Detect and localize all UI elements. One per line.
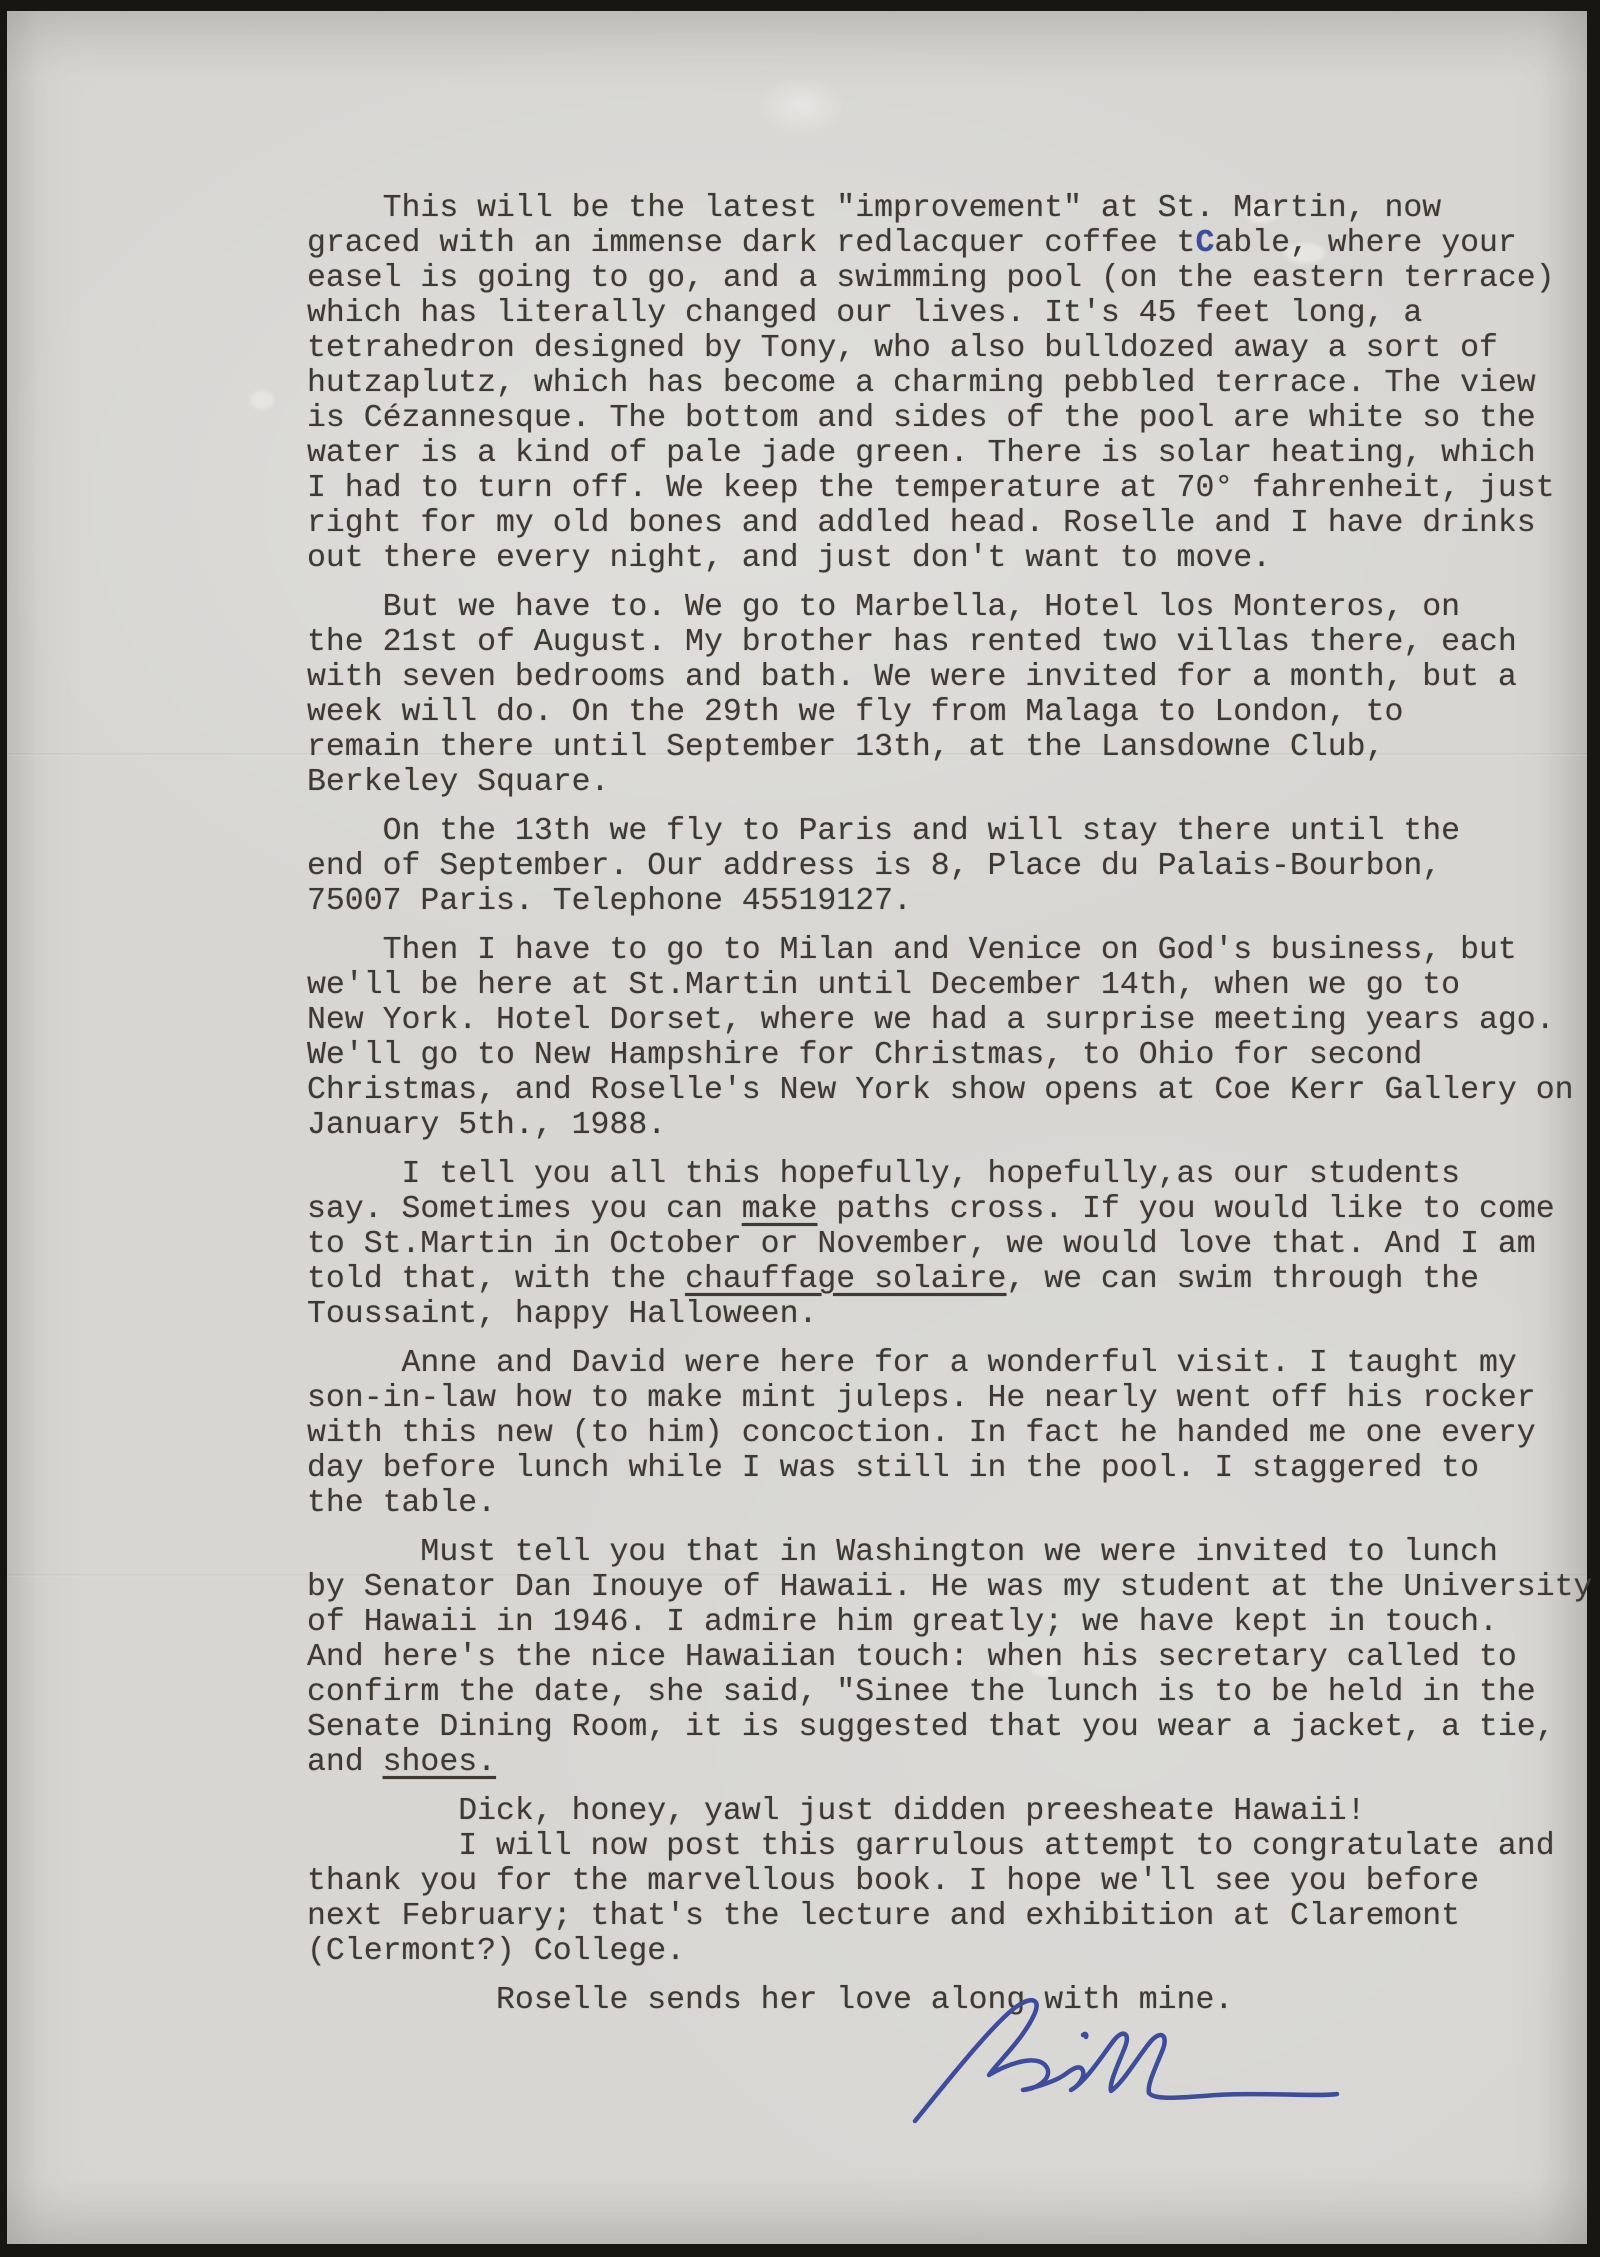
text-segment: the table.	[307, 1486, 496, 1521]
text-segment: I had to turn off. We keep the temperatu…	[307, 471, 1555, 506]
text-line: which has literally changed our lives. I…	[307, 296, 1600, 331]
text-segment: son-in-law how to make mint juleps. He n…	[307, 1381, 1536, 1416]
text-segment: to St.Martin in October or November, we …	[307, 1227, 1536, 1262]
text-line: out there every night, and just don't wa…	[307, 541, 1600, 576]
text-segment: water is a kind of pale jade green. Ther…	[307, 436, 1536, 471]
text-segment: by Senator Dan Inouye of Hawaii. He was …	[307, 1570, 1592, 1605]
text-segment: out there every night, and just don't wa…	[307, 541, 1271, 576]
text-segment: Senate Dining Room, it is suggested that…	[307, 1710, 1555, 1745]
text-line: I had to turn off. We keep the temperatu…	[307, 471, 1600, 506]
text-segment: January 5th., 1988.	[307, 1108, 666, 1143]
text-line: next February; that's the lecture and ex…	[307, 1899, 1600, 1934]
text-line: I tell you all this hopefully, hopefully…	[307, 1157, 1600, 1192]
text-line: We'll go to New Hampshire for Christmas,…	[307, 1038, 1600, 1073]
text-line: right for my old bones and addled head. …	[307, 506, 1600, 541]
text-segment: is Cézannesque. The bottom and sides of …	[307, 401, 1536, 436]
text-line: tetrahedron designed by Tony, who also b…	[307, 331, 1600, 366]
paragraph: But we have to. We go to Marbella, Hotel…	[307, 590, 1600, 800]
text-line: Must tell you that in Washington we were…	[307, 1535, 1600, 1570]
paragraph: Dick, honey, yawl just didden preesheate…	[307, 1794, 1600, 1969]
text-line: day before lunch while I was still in th…	[307, 1451, 1600, 1486]
text-segment: we'll be here at St.Martin until Decembe…	[307, 968, 1460, 1003]
text-line: week will do. On the 29th we fly from Ma…	[307, 695, 1600, 730]
text-line: Toussaint, happy Halloween.	[307, 1297, 1600, 1332]
text-line: and shoes.	[307, 1745, 1600, 1780]
text-line: end of September. Our address is 8, Plac…	[307, 849, 1600, 884]
paragraph: I tell you all this hopefully, hopefully…	[307, 1157, 1600, 1332]
text-segment: , we can swim through the	[1006, 1262, 1479, 1297]
text-line: But we have to. We go to Marbella, Hotel…	[307, 590, 1600, 625]
text-segment: (Clermont?) College.	[307, 1934, 685, 1969]
text-line: New York. Hotel Dorset, where we had a s…	[307, 1003, 1600, 1038]
text-line: thank you for the marvellous book. I hop…	[307, 1864, 1600, 1899]
text-segment: hutzaplutz, which has become a charming …	[307, 366, 1536, 401]
text-line: Then I have to go to Milan and Venice on…	[307, 933, 1600, 968]
text-line: told that, with the chauffage solaire, w…	[307, 1262, 1600, 1297]
text-segment: paths cross. If you would like to come	[817, 1192, 1554, 1227]
text-segment: Dick, honey, yawl just didden preesheate…	[307, 1794, 1366, 1829]
text-segment: Anne and David were here for a wonderful…	[307, 1346, 1517, 1381]
text-segment: New York. Hotel Dorset, where we had a s…	[307, 1003, 1555, 1038]
text-segment: tetrahedron designed by Tony, who also b…	[307, 331, 1498, 366]
text-line: Senate Dining Room, it is suggested that…	[307, 1710, 1600, 1745]
text-segment: told that, with the	[307, 1262, 685, 1297]
text-line: with this new (to him) concoction. In fa…	[307, 1416, 1600, 1451]
text-line: 75007 Paris. Telephone 45519127.	[307, 884, 1600, 919]
signature-bill	[887, 1993, 1347, 2143]
text-segment: say. Sometimes you can	[307, 1192, 742, 1227]
paragraph: This will be the latest "improvement" at…	[307, 191, 1600, 576]
text-line: (Clermont?) College.	[307, 1934, 1600, 1969]
text-segment: Must tell you that in Washington we were…	[307, 1535, 1498, 1570]
text-segment: and	[307, 1745, 383, 1780]
paper-crease-mark	[747, 51, 857, 161]
text-segment: week will do. On the 29th we fly from Ma…	[307, 695, 1403, 730]
text-segment: next February; that's the lecture and ex…	[307, 1899, 1460, 1934]
text-line: graced with an immense dark redlacquer c…	[307, 226, 1600, 261]
text-segment: And here's the nice Hawaiian touch: when…	[307, 1640, 1517, 1675]
signature-stroke	[915, 2000, 1337, 2121]
text-line: remain there until September 13th, at th…	[307, 730, 1600, 765]
pen-mark: C	[1195, 226, 1214, 261]
text-segment: day before lunch while I was still in th…	[307, 1451, 1479, 1486]
text-segment: end of September. Our address is 8, Plac…	[307, 849, 1441, 884]
text-segment: We'll go to New Hampshire for Christmas,…	[307, 1038, 1422, 1073]
letter-body: This will be the latest "improvement" at…	[307, 191, 1600, 2032]
text-line: I will now post this garrulous attempt t…	[307, 1829, 1600, 1864]
underlined-text: shoes.	[383, 1745, 496, 1780]
paragraph: Then I have to go to Milan and Venice on…	[307, 933, 1600, 1143]
text-line: to St.Martin in October or November, we …	[307, 1227, 1600, 1262]
text-line: hutzaplutz, which has become a charming …	[307, 366, 1600, 401]
text-line: This will be the latest "improvement" at…	[307, 191, 1600, 226]
text-line: Anne and David were here for a wonderful…	[307, 1346, 1600, 1381]
paragraph: Anne and David were here for a wonderful…	[307, 1346, 1600, 1521]
whiteout-mark	[250, 391, 274, 409]
text-segment: On the 13th we fly to Paris and will sta…	[307, 814, 1460, 849]
text-segment: Christmas, and Roselle's New York show o…	[307, 1073, 1574, 1108]
text-segment: confirm the date, she said, "Sinee the l…	[307, 1675, 1536, 1710]
text-segment: graced with an immense dark redlacquer c…	[307, 226, 1195, 261]
text-line: the table.	[307, 1486, 1600, 1521]
text-segment: easel is going to go, and a swimming poo…	[307, 261, 1555, 296]
text-segment: This will be the latest "improvement" at…	[307, 191, 1441, 226]
text-segment: I will now post this garrulous attempt t…	[307, 1829, 1555, 1864]
underlined-text: make	[742, 1192, 818, 1227]
text-segment: Then I have to go to Milan and Venice on…	[307, 933, 1517, 968]
text-line: And here's the nice Hawaiian touch: when…	[307, 1640, 1600, 1675]
text-line: water is a kind of pale jade green. Ther…	[307, 436, 1600, 471]
text-line: Berkeley Square.	[307, 765, 1600, 800]
text-segment: I tell you all this hopefully, hopefully…	[307, 1157, 1460, 1192]
text-segment: Berkeley Square.	[307, 765, 609, 800]
text-segment: right for my old bones and addled head. …	[307, 506, 1536, 541]
text-line: easel is going to go, and a swimming poo…	[307, 261, 1600, 296]
text-segment: thank you for the marvellous book. I hop…	[307, 1864, 1479, 1899]
text-line: Dick, honey, yawl just didden preesheate…	[307, 1794, 1600, 1829]
text-segment: 75007 Paris. Telephone 45519127.	[307, 884, 912, 919]
paragraph: On the 13th we fly to Paris and will sta…	[307, 814, 1600, 919]
text-segment: of Hawaii in 1946. I admire him greatly;…	[307, 1605, 1498, 1640]
text-line: of Hawaii in 1946. I admire him greatly;…	[307, 1605, 1600, 1640]
text-segment: with this new (to him) concoction. In fa…	[307, 1416, 1536, 1451]
text-segment: which has literally changed our lives. I…	[307, 296, 1422, 331]
text-segment: the 21st of August. My brother has rente…	[307, 625, 1517, 660]
text-line: is Cézannesque. The bottom and sides of …	[307, 401, 1600, 436]
text-segment: Toussaint, happy Halloween.	[307, 1297, 817, 1332]
underlined-text: chauffage solaire	[685, 1262, 1006, 1297]
text-line: the 21st of August. My brother has rente…	[307, 625, 1600, 660]
text-segment: remain there until September 13th, at th…	[307, 730, 1384, 765]
text-line: Christmas, and Roselle's New York show o…	[307, 1073, 1600, 1108]
text-line: say. Sometimes you can make paths cross.…	[307, 1192, 1600, 1227]
text-line: confirm the date, she said, "Sinee the l…	[307, 1675, 1600, 1710]
paragraph: Must tell you that in Washington we were…	[307, 1535, 1600, 1780]
text-line: son-in-law how to make mint juleps. He n…	[307, 1381, 1600, 1416]
text-segment: But we have to. We go to Marbella, Hotel…	[307, 590, 1460, 625]
text-segment: with seven bedrooms and bath. We were in…	[307, 660, 1517, 695]
text-line: January 5th., 1988.	[307, 1108, 1600, 1143]
text-line: On the 13th we fly to Paris and will sta…	[307, 814, 1600, 849]
text-line: by Senator Dan Inouye of Hawaii. He was …	[307, 1570, 1600, 1605]
text-line: with seven bedrooms and bath. We were in…	[307, 660, 1600, 695]
letter-page: This will be the latest "improvement" at…	[7, 11, 1587, 2244]
text-line: we'll be here at St.Martin until Decembe…	[307, 968, 1600, 1003]
text-segment: able, where your	[1214, 226, 1516, 261]
